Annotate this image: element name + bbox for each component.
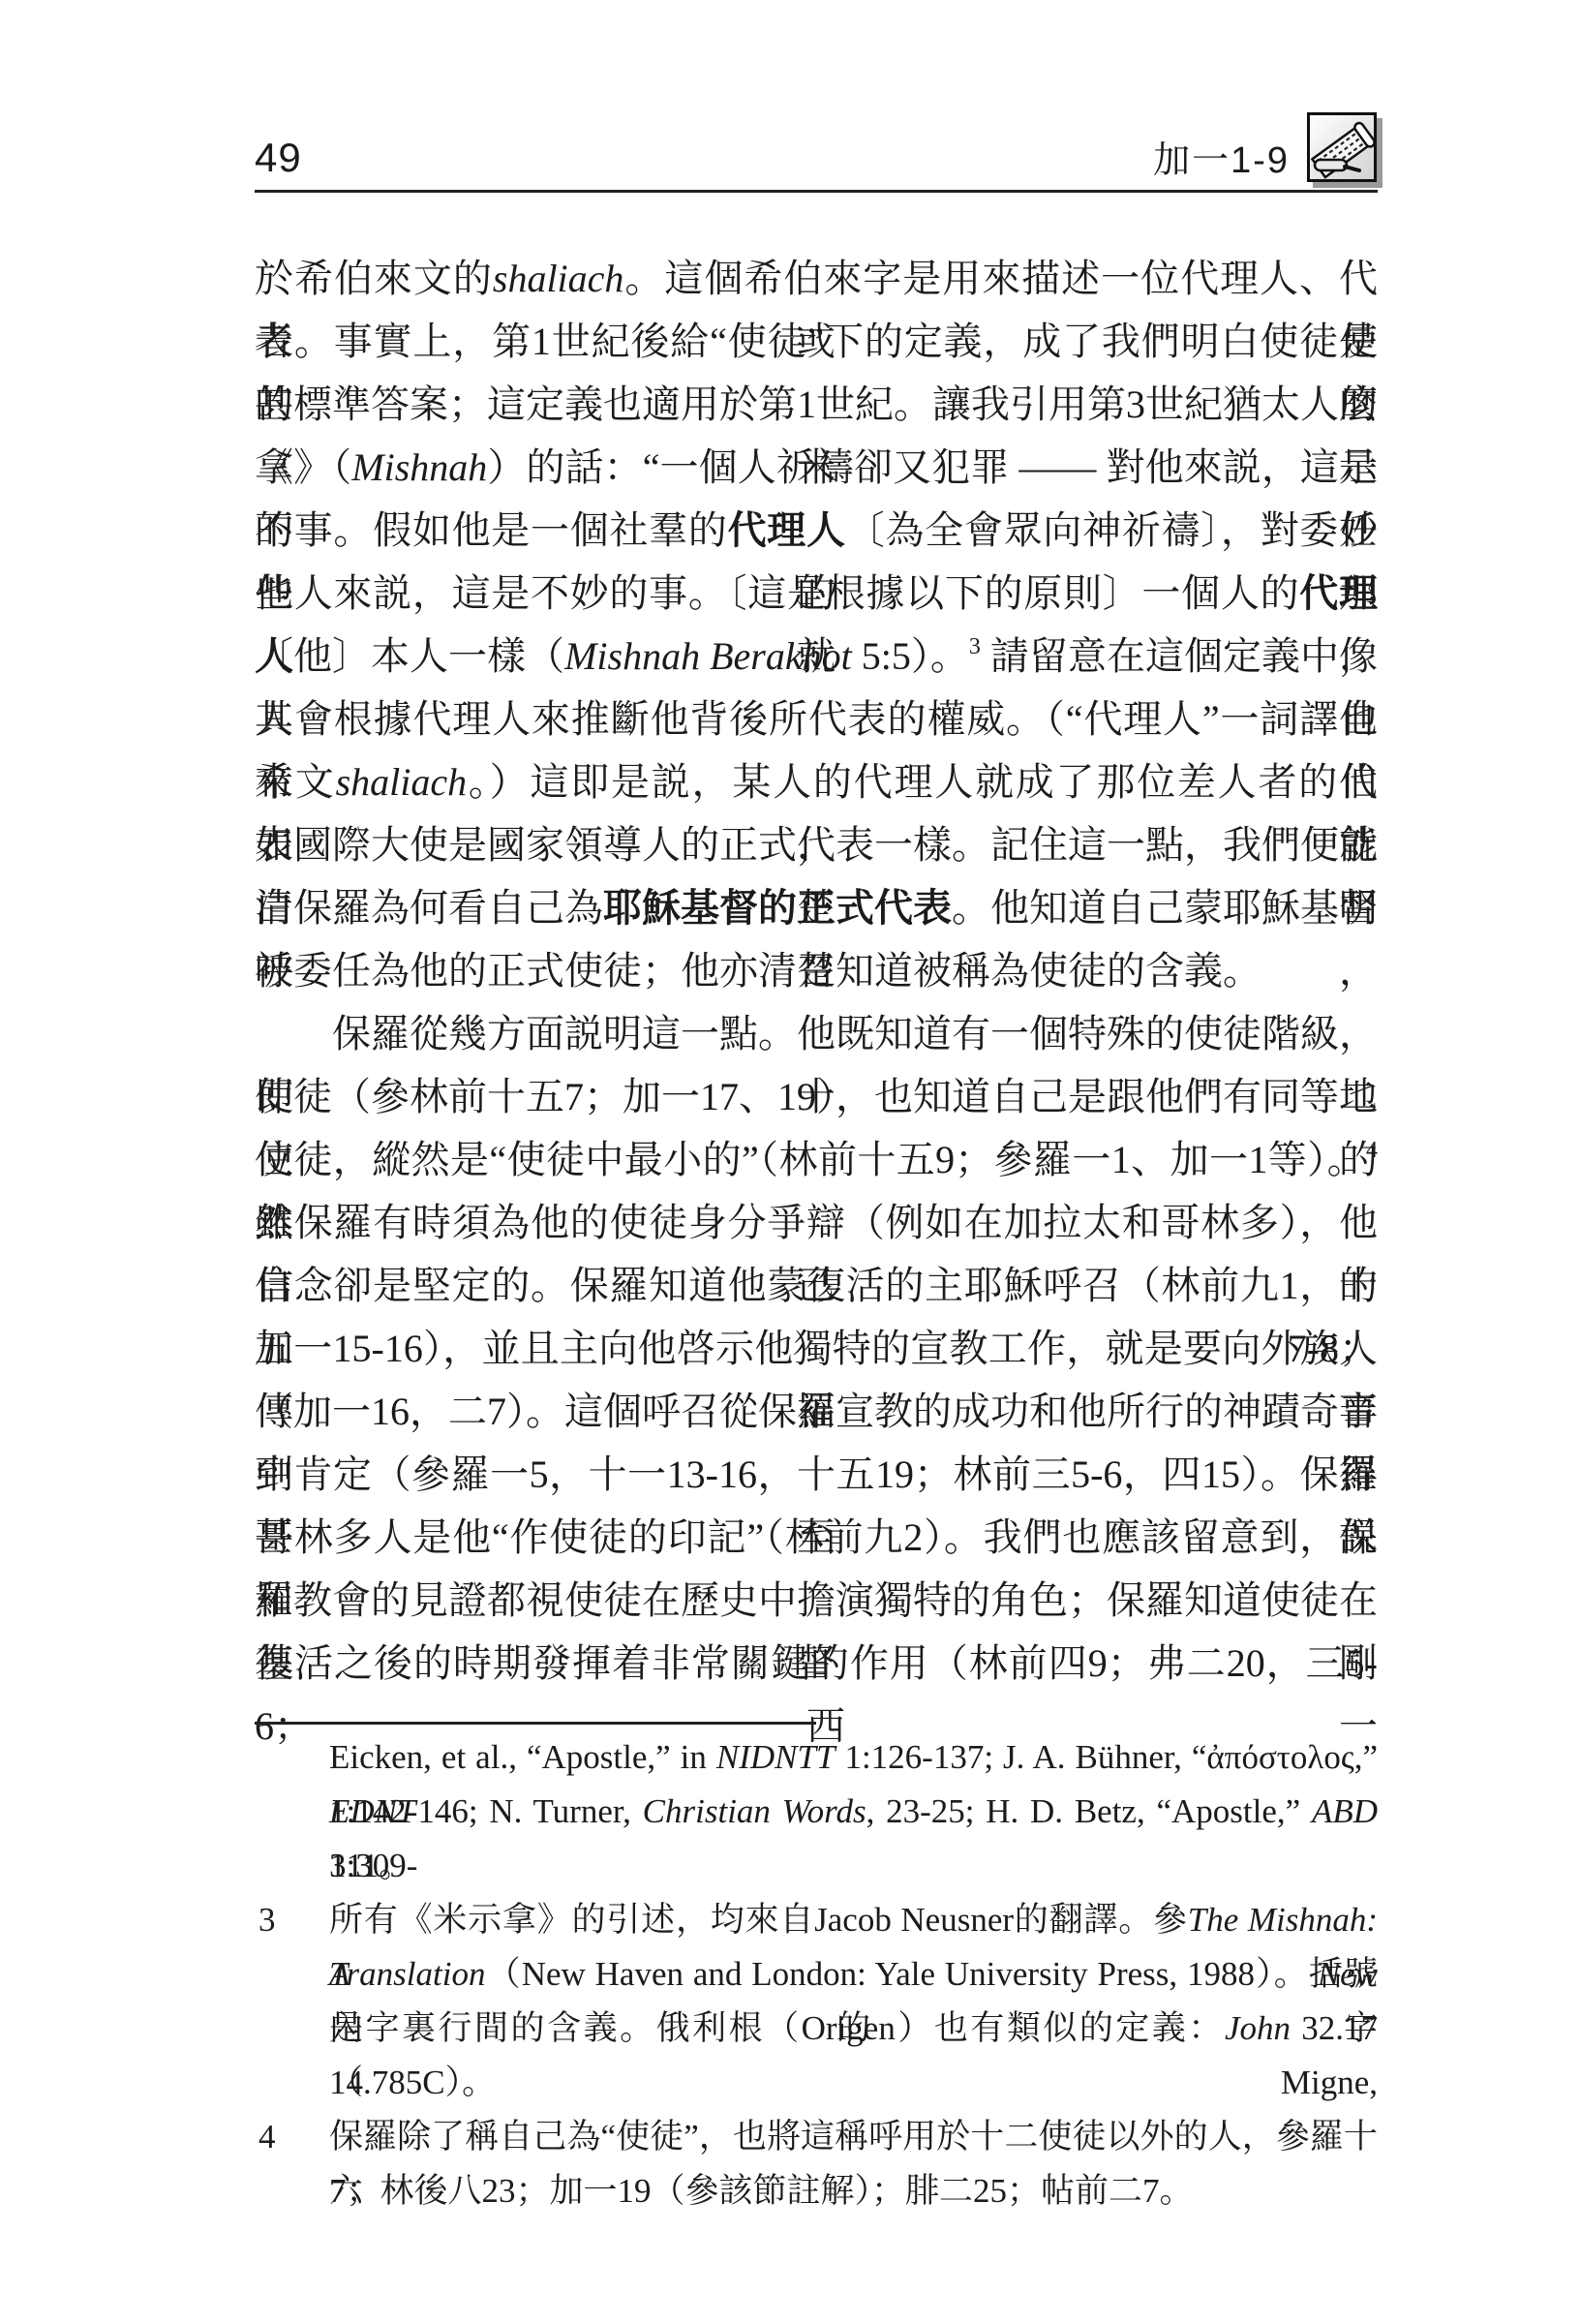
footnote-line: 1:142-146; N. Turner, Christian Words, 2… — [329, 1785, 1378, 1839]
text-segment: Mishnah Berakhot — [564, 634, 852, 678]
footnote-separator-rule — [255, 1722, 816, 1725]
text-segment: 來文 — [255, 760, 336, 804]
text-segment: 白保羅為何看自己為 — [255, 886, 603, 930]
body-line: 於希伯來文的shaliach。這個希伯來字是用來描述一位代理人、代表或使 — [255, 247, 1378, 310]
book-page: 49 加一1-9 於希伯來文的shaliach。這個希伯來字是用來描述一位代理 — [0, 0, 1580, 2324]
footnote-line: Translation（New Haven and London: Yale U… — [329, 1947, 1378, 2002]
footnote-line: 3所有《米示拿》的引述，均來自Jacob Neusner的翻譯。參The Mis… — [329, 1893, 1378, 1947]
text-segment: 311。 — [329, 1847, 412, 1884]
text-segment: , 23-25; H. D. Betz, “Apostle,” — [866, 1792, 1312, 1830]
body-line: 人會根據代理人來推斷他背後所代表的權威。（“代理人”一詞譯自希伯 — [255, 688, 1378, 750]
text-segment: ABD — [1312, 1792, 1378, 1830]
text-segment: Translation — [329, 1955, 485, 1993]
text-segment: 是字裏行間的含義。俄利根（Origen）也有類似的定義： — [329, 2009, 1225, 2047]
footnote-number: 4 — [258, 2110, 276, 2164]
text-segment: 所有《米示拿》的引述，均來自Jacob Neusner的翻譯。參 — [329, 1901, 1188, 1939]
text-segment: shaliach — [336, 760, 468, 804]
body-line: 然保羅有時須為他的使徒身分爭辯（例如在加拉太和哥林多），他自己的 — [255, 1191, 1378, 1254]
body-line: 哥林多人是他“作使徒的印記”（林前九2）。我們也應該留意到，保羅 — [255, 1506, 1378, 1569]
body-line: 信念卻是堅定的。保羅知道他蒙復活的主耶穌呼召（林前九1，十五7-8； — [255, 1254, 1378, 1317]
text-segment: 耶穌基督的正式代表 — [603, 886, 952, 930]
text-segment: shaliach — [493, 257, 624, 300]
footnote-number: 3 — [258, 1893, 276, 1947]
running-head-reference: 加一1-9 — [1153, 139, 1290, 182]
text-segment: NIDNTT — [716, 1738, 836, 1776]
text-segment: John — [1225, 2009, 1291, 2047]
text-segment: 些人來説，這是不妙的事。〔這是根據以下的原則〕一個人的 — [255, 571, 1299, 615]
footnote-line: Eicken, et al., “Apostle,” in NIDNTT 1:1… — [329, 1730, 1378, 1785]
body-line: 些人來説，這是不妙的事。〔這是根據以下的原則〕一個人的代理人就像 — [255, 562, 1378, 625]
text-segment: 於希伯來文的 — [255, 257, 493, 300]
text-segment: Eicken, et al., “Apostle,” in — [329, 1738, 716, 1776]
footnote-line: 14.785C）。 — [329, 2056, 1378, 2110]
body-line: 使徒，縱然是“使徒中最小的”（林前十五9；參羅一1、加一1等）。4 雖 — [255, 1128, 1378, 1191]
body-line: 的標準答案；這定義也適用於第1世紀。讓我引用第3世紀猶太人的《米示 — [255, 373, 1378, 436]
text-segment: Christian Words — [643, 1792, 866, 1830]
body-line: 如國際大使是國家領導人的正式代表一樣。記住這一點，我們便能清楚明 — [255, 813, 1378, 876]
body-line: 復活之後的時期發揮着非常關鍵的作用（林前四9；弗二20，三5-6；西一 — [255, 1632, 1378, 1695]
text-segment: 被委任為他的正式使徒；他亦清楚知道被稱為使徒的含義。 — [255, 949, 1261, 993]
text-segment: 7；林後八23；加一19（參該節註解）；腓二25；帖前二7。 — [329, 2172, 1194, 2210]
body-line: 使徒（參林前十五7；加一17、19），也知道自己是跟他們有同等地位的 — [255, 1065, 1378, 1128]
body-text: 於希伯來文的shaliach。這個希伯來字是用來描述一位代理人、代表或使者。事實… — [255, 247, 1378, 1695]
text-segment: 14.785C）。 — [329, 2064, 496, 2101]
text-segment: 1:126-137; J. A. Bühner, “ἀπόστολος,” — [835, 1738, 1378, 1776]
body-line: 和教會的見證都視使徒在歷史中擔演獨特的角色；保羅知道使徒在基督剛 — [255, 1569, 1378, 1632]
scroll-icon — [1307, 112, 1377, 182]
text-segment: 5:5）。 — [852, 634, 969, 678]
text-segment: 的事。假如他是一個社羣的 — [255, 508, 728, 552]
text-segment: 4 — [1366, 1138, 1378, 1163]
text-segment: 3 — [969, 634, 981, 659]
body-line: 到肯定（參羅一5，十一13-16，十五19；林前三5-6，四15）。保羅甚至説 — [255, 1443, 1378, 1506]
body-line: 保羅從幾方面説明這一點。他既知道有一個特殊的使徒階級，即十二 — [255, 1002, 1378, 1065]
header-rule — [255, 190, 1378, 193]
text-segment: 〔他〕本人一樣（ — [255, 634, 564, 678]
footnotes: Eicken, et al., “Apostle,” in NIDNTT 1:1… — [329, 1730, 1378, 2218]
body-line: 者。事實上，第1世紀後給“使徒”下的定義，成了我們明白使徒是甚麼 — [255, 310, 1378, 373]
body-line: 被委任為他的正式使徒；他亦清楚知道被稱為使徒的含義。 — [255, 939, 1378, 1002]
body-line: 來文shaliach。）這即是説，某人的代理人就成了那位差人者的代表，就 — [255, 750, 1378, 813]
footnote-line: 是字裏行間的含義。俄利根（Origen）也有類似的定義：John 32.17（M… — [329, 2002, 1378, 2056]
footnote-line: 311。 — [329, 1839, 1378, 1893]
text-segment: 1:142-146; N. Turner, — [329, 1792, 643, 1830]
text-segment: 使徒，縱然是“使徒中最小的”（林前十五9；參羅一1、加一1等）。 — [255, 1138, 1366, 1181]
body-line: 的事。假如他是一個社羣的代理人〔為全會眾向神祈禱〕，對委任他的那 — [255, 499, 1378, 562]
body-line: 白保羅為何看自己為耶穌基督的正式代表。他知道自己蒙耶穌基督呼召， — [255, 876, 1378, 939]
footnote-line: 4保羅除了稱自己為“使徒”，也將這稱呼用於十二使徒以外的人，參羅十六 — [329, 2110, 1378, 2164]
body-line: 〔他〕本人一樣（Mishnah Berakhot 5:5）。3 請留意在這個定義… — [255, 625, 1378, 688]
scroll-icon-graphic — [1310, 115, 1374, 179]
text-segment: 拿》（ — [255, 445, 351, 489]
text-segment: Mishnah — [351, 445, 487, 489]
page-number: 49 — [255, 136, 302, 180]
body-line: （加一16，二7）。這個呼召從保羅宣教的成功和他所行的神蹟奇事中得 — [255, 1380, 1378, 1443]
body-line: 拿》（Mishnah）的話：“一個人祈禱卻又犯罪 —— 對他來説，這是不妙 — [255, 436, 1378, 499]
body-line: 加一15-16），並且主向他啓示他獨特的宣教工作，就是要向外族人傳福音 — [255, 1317, 1378, 1380]
footnote-line: 7；林後八23；加一19（參該節註解）；腓二25；帖前二7。 — [329, 2164, 1378, 2218]
text-segment: 代理人 — [728, 508, 846, 552]
